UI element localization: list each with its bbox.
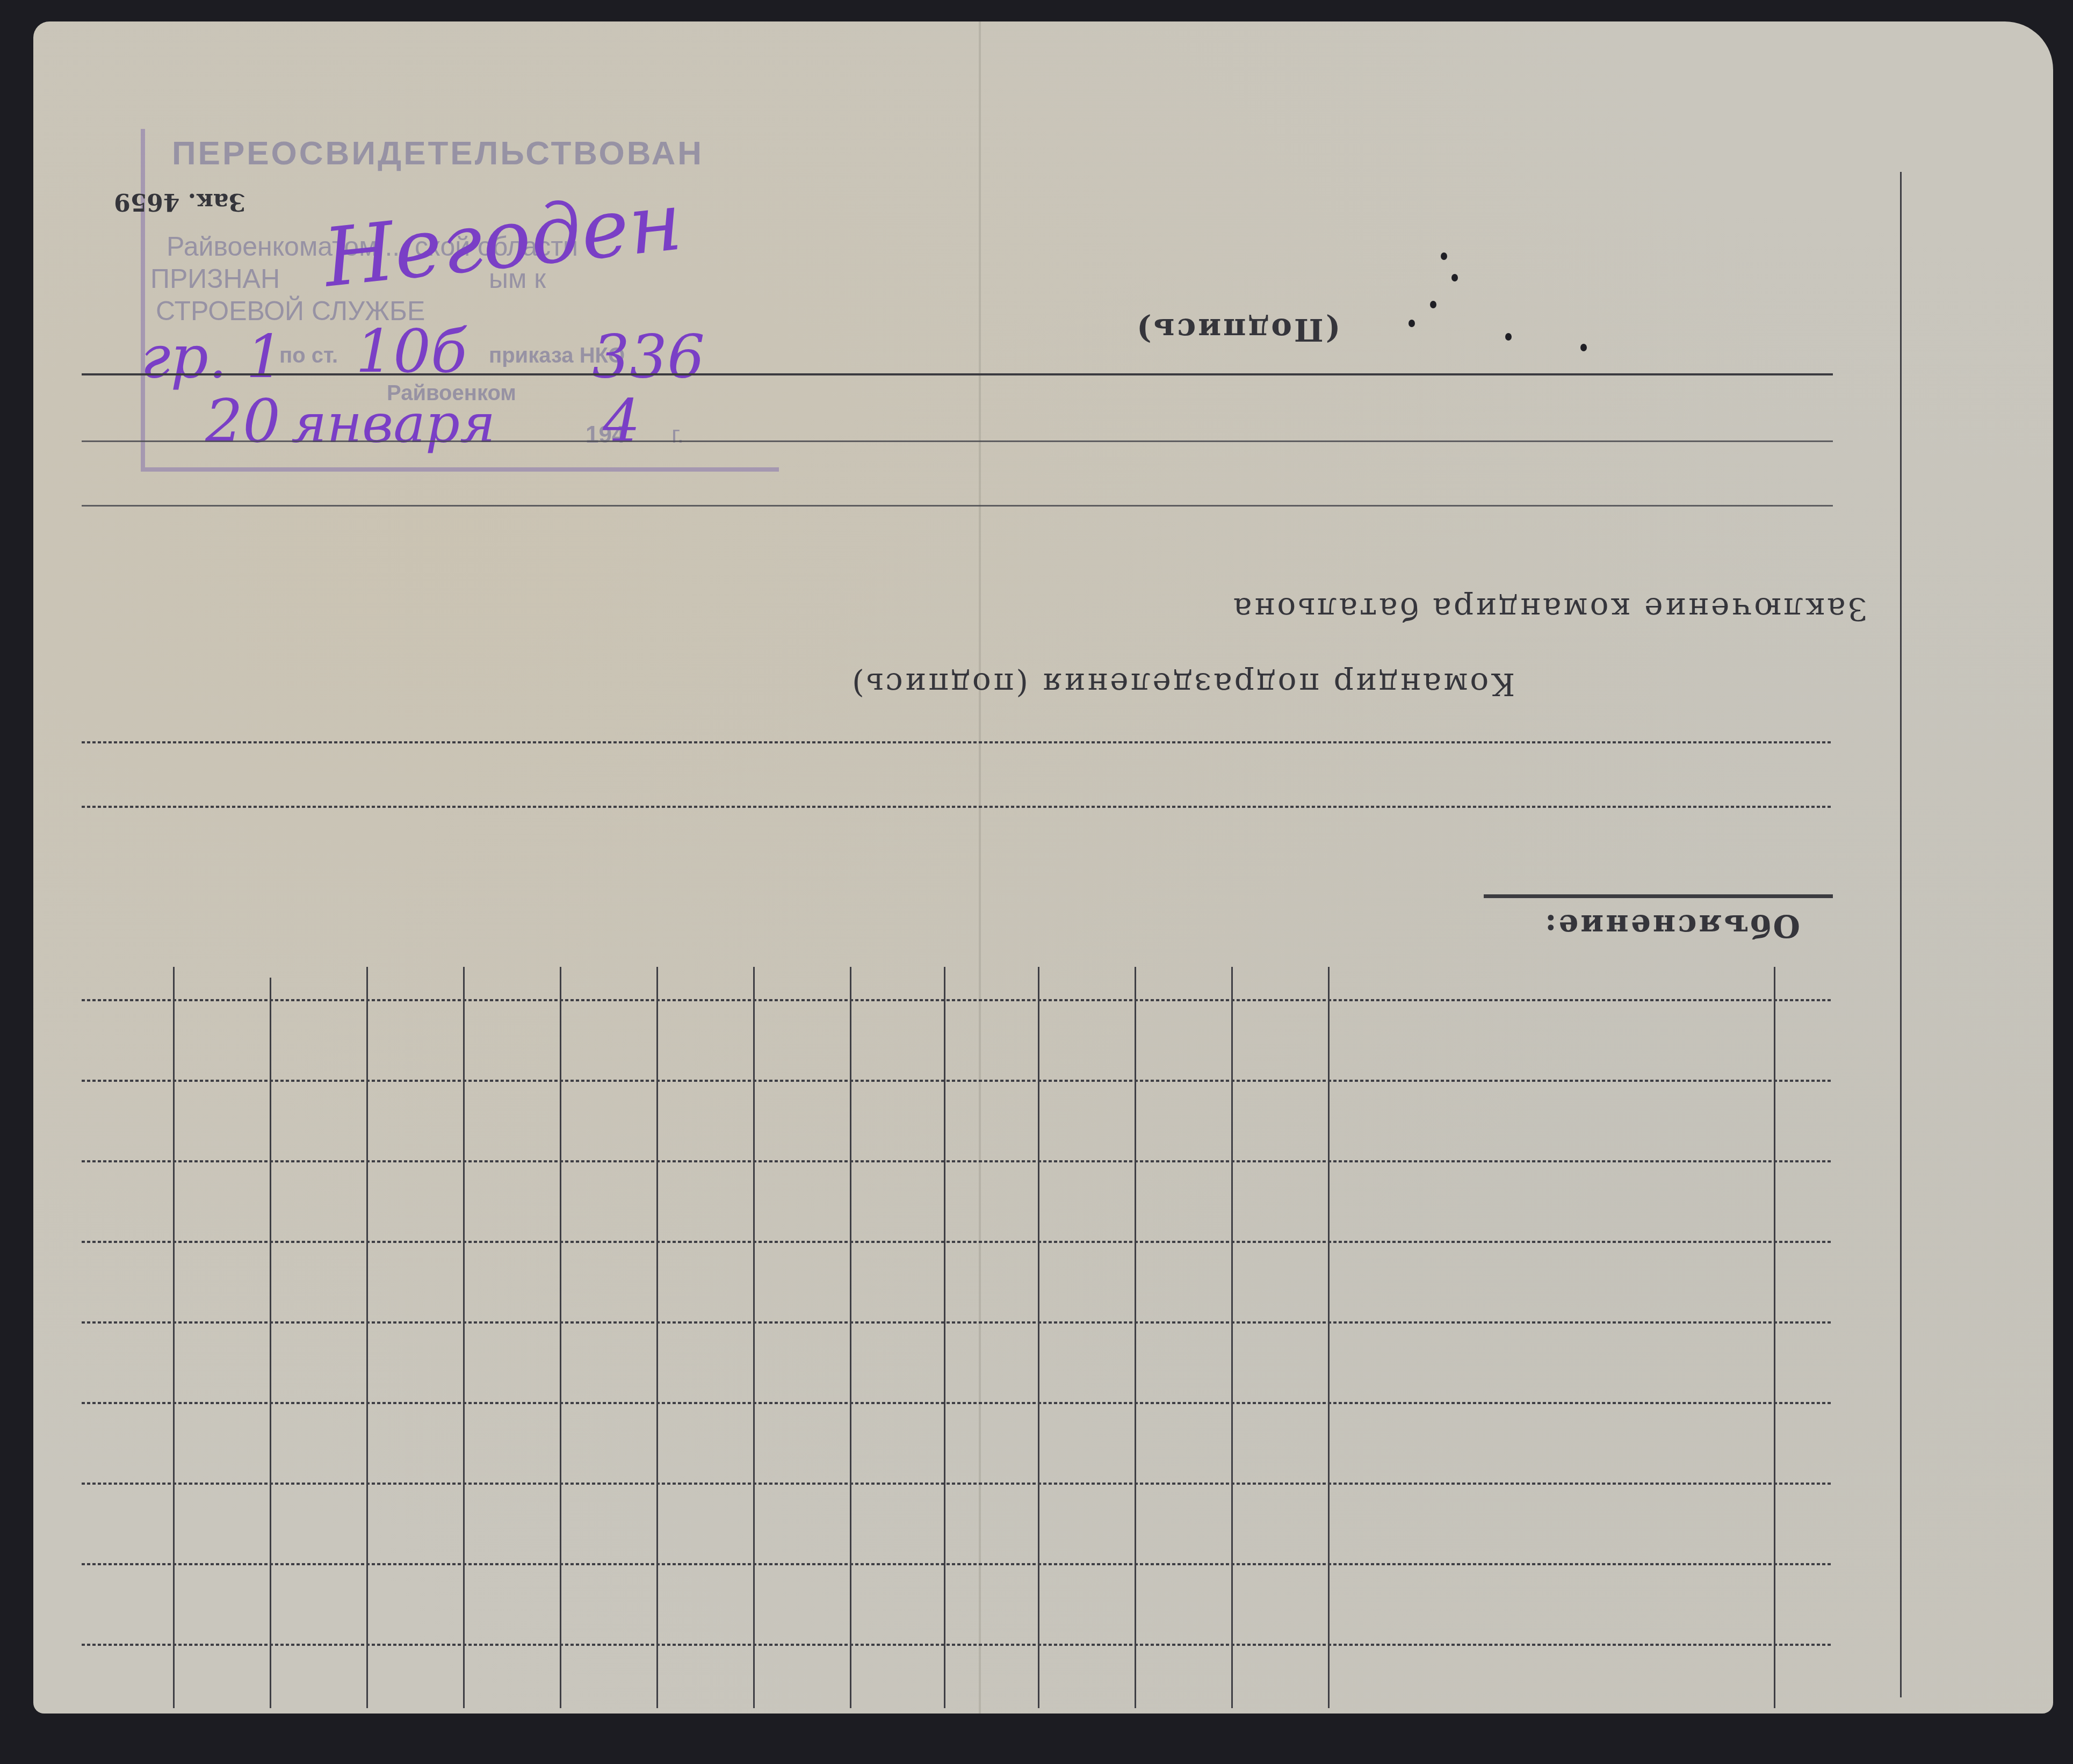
stamp-title: ПЕРЕОСВИДЕТЕЛЬСТВОВАН — [172, 134, 704, 172]
rule-line — [82, 505, 1833, 507]
document-paper: ПЕРЕОСВИДЕТЕЛЬСТВОВАН Райвоенкоматом ...… — [33, 21, 2053, 1714]
rule-line — [82, 806, 1833, 808]
handwritten-year-digit: 4 — [603, 387, 640, 456]
handwritten-order: 336 — [592, 322, 705, 391]
explanation-rule — [1484, 894, 1833, 898]
rule-line — [82, 373, 1833, 375]
fold-line — [979, 21, 981, 1714]
explanation-label: Объяснение: — [1543, 908, 1800, 944]
print-order-code: Зак. 4659 — [114, 188, 245, 215]
stamp-article-label: по ст. — [279, 344, 338, 368]
signature-label: (Подпись) — [1135, 312, 1340, 348]
handwritten-group: гр. 1 — [141, 322, 284, 391]
handwritten-date-month: января — [291, 392, 495, 455]
stamp-year-suffix: г. — [671, 422, 684, 449]
handwritten-date-day: 20 — [205, 387, 280, 456]
rule-line — [82, 741, 1833, 743]
unit-commander-signature-label: Командир подразделения (подпись) — [850, 666, 1515, 703]
margin-line — [1900, 172, 1902, 1697]
battalion-commander-conclusion-label: Заключение командира батальона — [1231, 591, 1867, 627]
stamp-line2-prefix: ПРИЗНАН — [150, 263, 280, 294]
rule-line — [82, 440, 1833, 442]
